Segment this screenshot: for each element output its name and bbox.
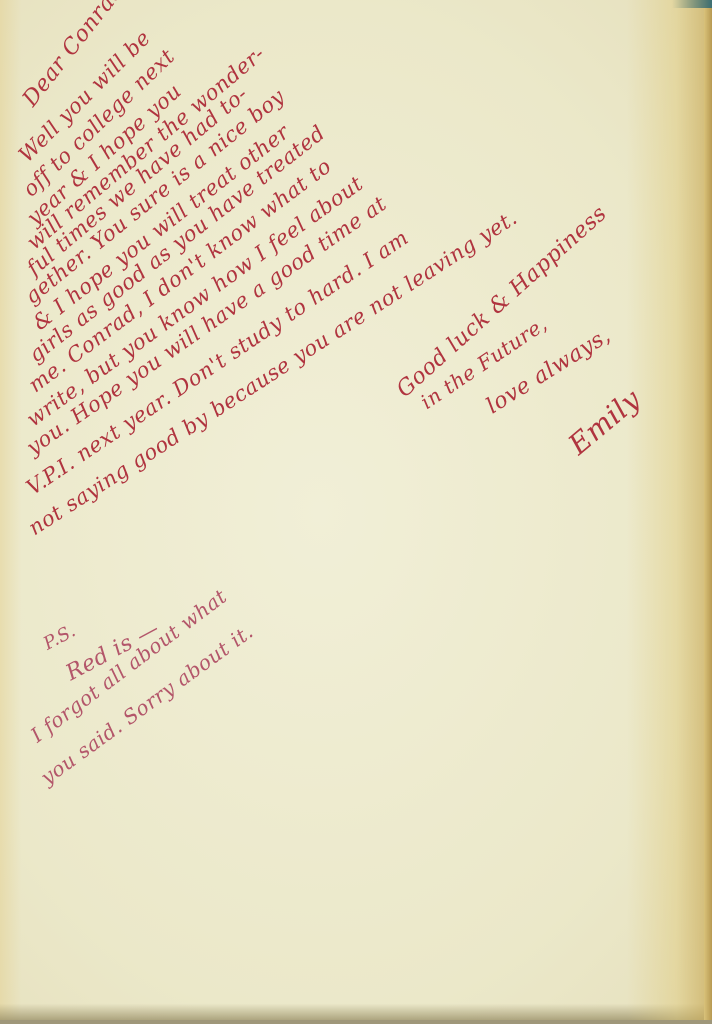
signature: Emily: [562, 383, 647, 462]
yearbook-page: Dear Conrad, Well you will be off to col…: [0, 0, 712, 1024]
page-binding-edge: [704, 0, 712, 1024]
postscript-label: P.S.: [40, 620, 80, 654]
page-bottom-edge: [0, 1020, 712, 1024]
page-corner-shadow: [672, 0, 712, 8]
